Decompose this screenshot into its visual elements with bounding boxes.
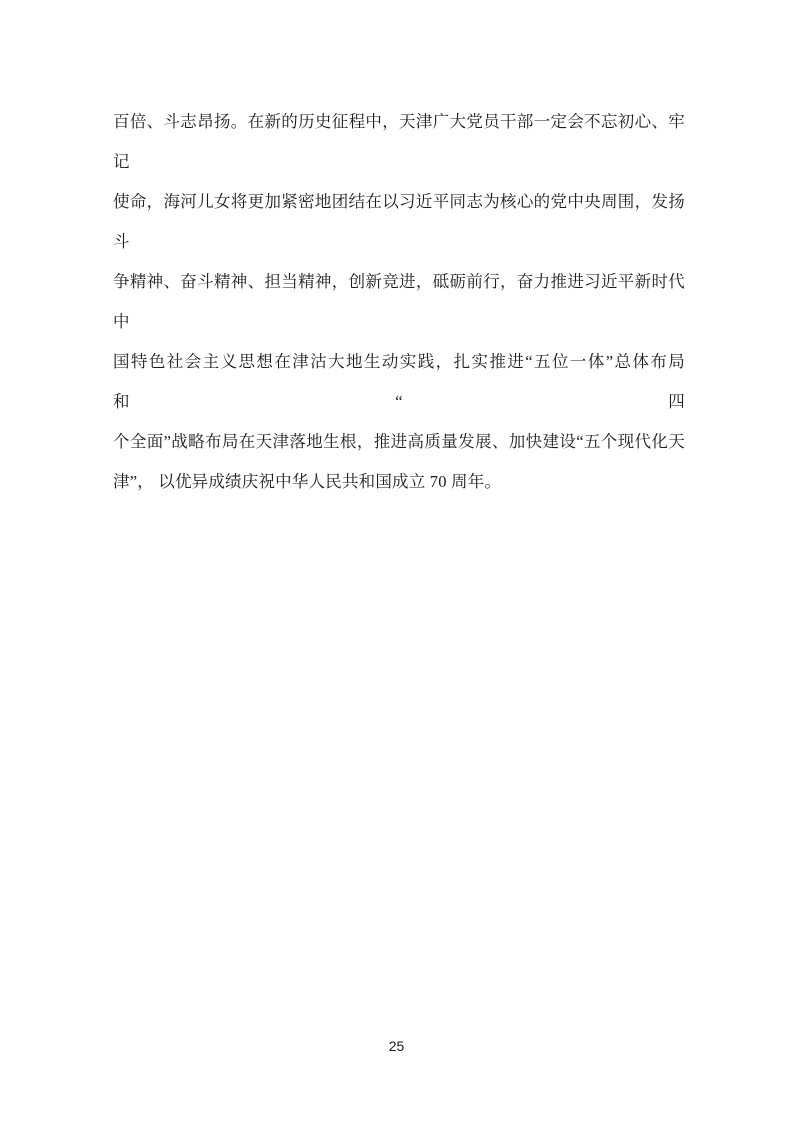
body-paragraph: 百倍、斗志昂扬。在新的历史征程中，天津广大党员干部一定会不忘初心、牢记 使命，海… [113, 102, 685, 502]
paragraph-line: 国特色社会主义思想在津沽大地生动实践，扎实推进“五位一体”总体布局和“四 [113, 342, 685, 422]
document-page: 百倍、斗志昂扬。在新的历史征程中，天津广大党员干部一定会不忘初心、牢记 使命，海… [0, 0, 793, 1122]
paragraph-line: 百倍、斗志昂扬。在新的历史征程中，天津广大党员干部一定会不忘初心、牢记 [113, 102, 685, 182]
paragraph-line: 争精神、奋斗精神、担当精神，创新竞进，砥砺前行，奋力推进习近平新时代中 [113, 262, 685, 342]
page-number: 25 [0, 1038, 793, 1054]
paragraph-line: 个全面”战略布局在天津落地生根，推进高质量发展、加快建设“五个现代化天 [113, 422, 685, 462]
paragraph-line-last: 津”， 以优异成绩庆祝中华人民共和国成立 70 周年。 [113, 462, 685, 502]
paragraph-line: 使命，海河儿女将更加紧密地团结在以习近平同志为核心的党中央周围，发扬斗 [113, 182, 685, 262]
